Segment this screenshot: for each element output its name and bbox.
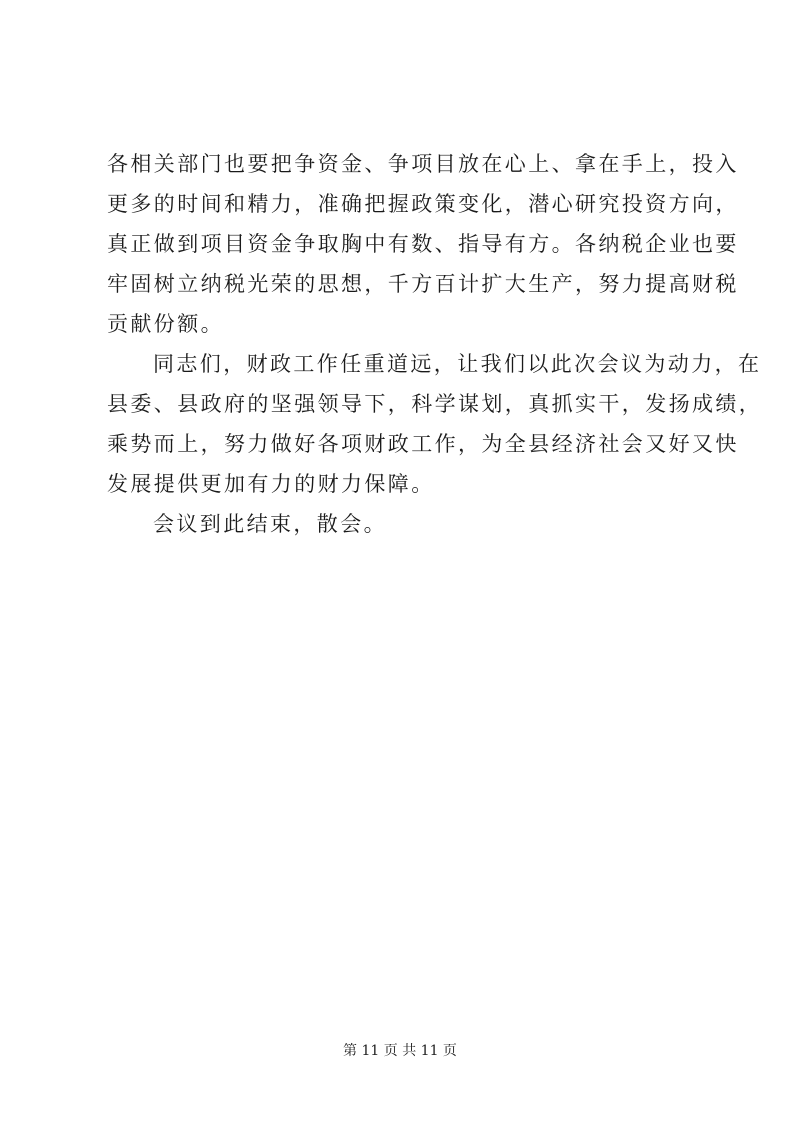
page-number-footer: 第 11 页 共 11 页 xyxy=(0,1040,800,1060)
text-line: 县委、县政府的坚强领导下，科学谋划，真抓实干，发扬成绩， xyxy=(107,384,707,424)
text-line: 乘势而上，努力做好各项财政工作，为全县经济社会又好又快 xyxy=(107,424,707,464)
text-line: 同志们，财政工作任重道远，让我们以此次会议为动力，在 xyxy=(107,344,707,384)
document-body: 各相关部门也要把争资金、争项目放在心上、拿在手上，投入 更多的时间和精力，准确把… xyxy=(107,144,707,544)
text-line: 贡献份额。 xyxy=(107,304,707,344)
text-line: 真正做到项目资金争取胸中有数、指导有方。各纳税企业也要 xyxy=(107,224,707,264)
text-line: 会议到此结束，散会。 xyxy=(107,504,707,544)
text-line: 各相关部门也要把争资金、争项目放在心上、拿在手上，投入 xyxy=(107,144,707,184)
paragraph-2: 同志们，财政工作任重道远，让我们以此次会议为动力，在 县委、县政府的坚强领导下，… xyxy=(107,344,707,504)
paragraph-1: 各相关部门也要把争资金、争项目放在心上、拿在手上，投入 更多的时间和精力，准确把… xyxy=(107,144,707,344)
paragraph-3: 会议到此结束，散会。 xyxy=(107,504,707,544)
text-line: 发展提供更加有力的财力保障。 xyxy=(107,464,707,504)
document-page: 各相关部门也要把争资金、争项目放在心上、拿在手上，投入 更多的时间和精力，准确把… xyxy=(0,0,800,1132)
text-line: 更多的时间和精力，准确把握政策变化，潜心研究投资方向， xyxy=(107,184,707,224)
text-line: 牢固树立纳税光荣的思想，千方百计扩大生产，努力提高财税 xyxy=(107,264,707,304)
